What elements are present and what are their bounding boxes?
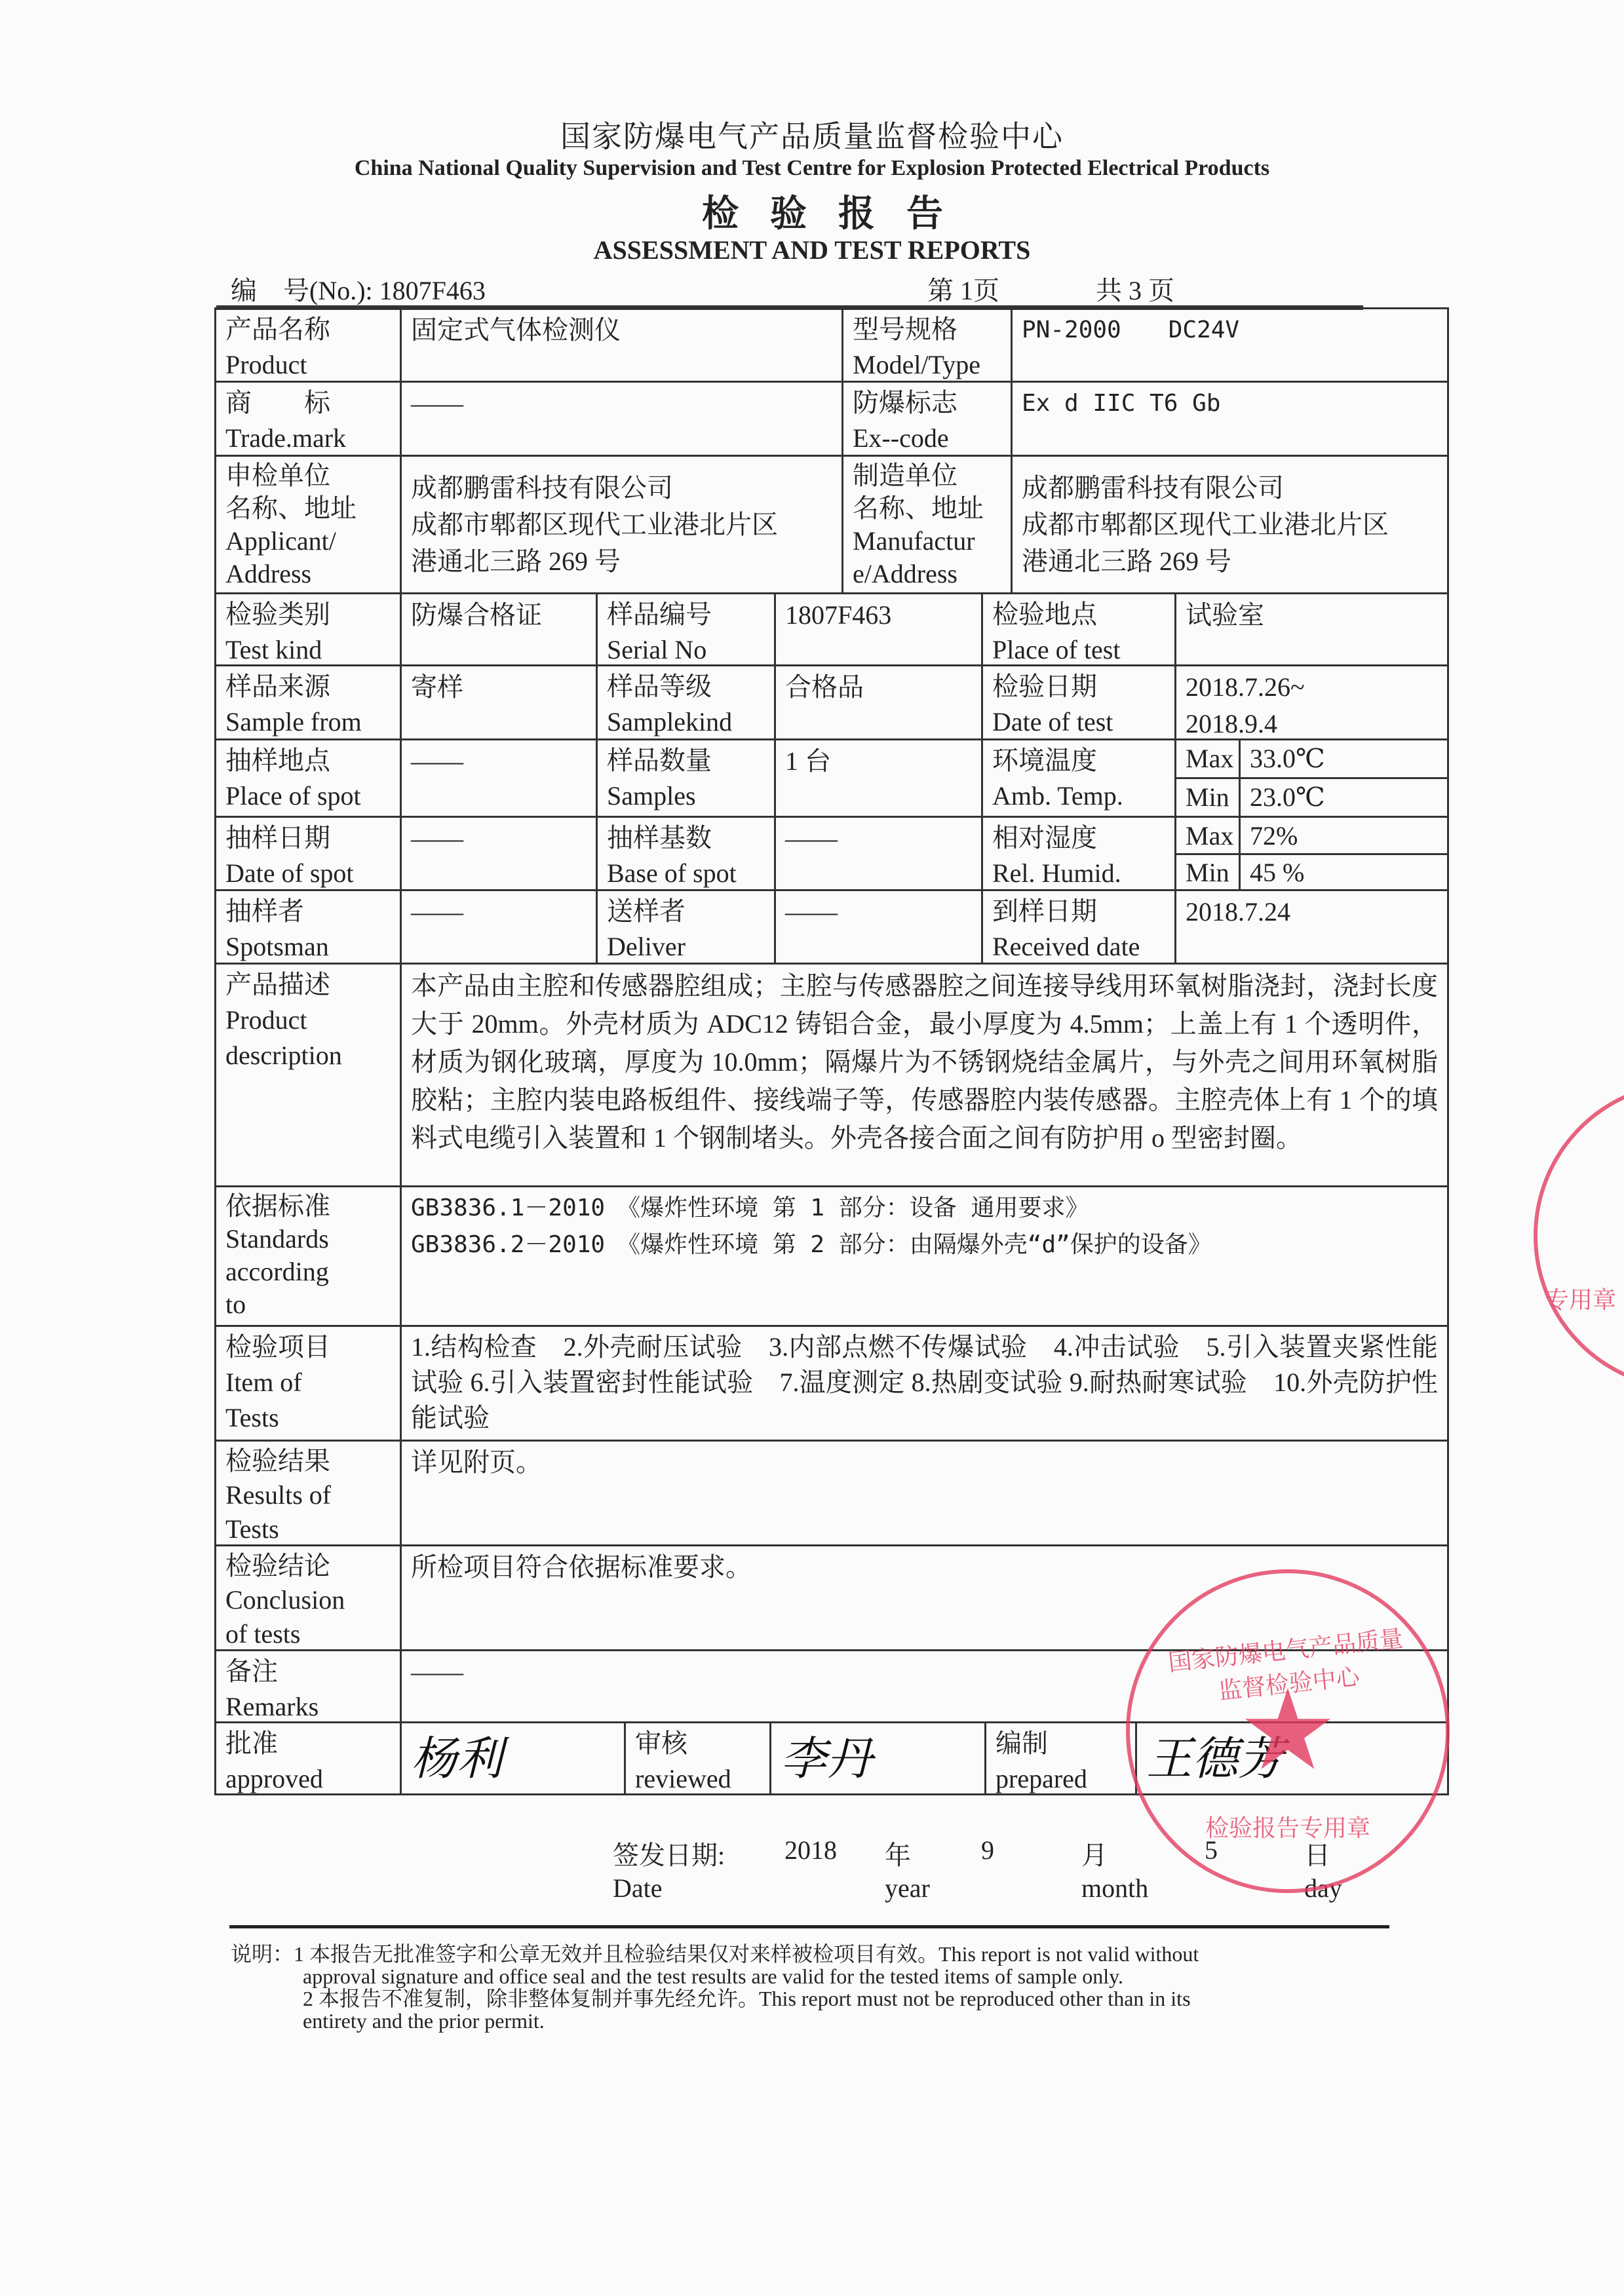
label-en: Amb. Temp. [992, 778, 1165, 814]
label-date-of-spot: 抽样日期 Date of spot [214, 816, 402, 891]
label-test-kind: 检验类别 Test kind [214, 592, 402, 666]
label-cn: 商 标 [225, 385, 391, 421]
issue-day-cn: 日 [1304, 1835, 1330, 1872]
label-spotsman: 抽样者 Spotsman [214, 889, 402, 965]
manufacturer-address: 成都市郫都区现代工业港北片区 [1022, 507, 1438, 543]
label-en: Item of [225, 1365, 391, 1400]
signature-reviewed: 李丹 [769, 1721, 986, 1795]
value-date-of-spot: —— [400, 816, 598, 891]
label-en: Standards [225, 1223, 391, 1255]
value-sample-kind: 合格品 [774, 664, 983, 740]
label-en: Samples [607, 778, 765, 814]
note-1-cont: approval signature and office seal and t… [231, 1965, 1437, 1987]
label-en: Results of [225, 1478, 391, 1512]
side-seal-text: 专用章 [1545, 1282, 1616, 1315]
label-en: Sample from [225, 704, 391, 740]
value-temp-min: 23.0℃ [1239, 777, 1449, 818]
label-cn: 名称、地址 [225, 492, 391, 525]
label-en: Base of spot [607, 856, 765, 891]
label-en: Ex--code [853, 421, 1001, 456]
label-cn: 环境温度 [992, 743, 1165, 778]
applicant-name: 成都鹏雷科技有限公司 [411, 470, 832, 507]
label-en: Date of test [992, 704, 1165, 740]
label-en: Manufactur [853, 525, 1001, 558]
report-number-label: 编 号(No.): [231, 276, 373, 305]
label-sample-from: 样品来源 Sample from [214, 664, 402, 740]
label-cn: 制造单位 [853, 459, 1001, 492]
signature-approved: 杨利 [400, 1721, 626, 1795]
seal-bottom-text: 检验报告专用章 [1130, 1810, 1446, 1843]
label-cn: 样品数量 [607, 743, 765, 778]
label-place-of-test: 检验地点 Place of test [981, 592, 1176, 666]
label-standards: 依据标准 Standards according to [214, 1185, 402, 1327]
label-cn: 名称、地址 [853, 492, 1001, 525]
label-cn: 检验日期 [992, 669, 1165, 704]
value-place-of-spot: —— [400, 738, 598, 818]
label-en: Applicant/ [225, 525, 391, 558]
label-en: Remarks [225, 1689, 391, 1723]
manufacturer-address: 港通北三路 269 号 [1022, 543, 1438, 580]
label-en: approved [225, 1761, 391, 1795]
label-conclusion: 检验结论 Conclusion of tests [214, 1544, 402, 1651]
issue-month: 9 [981, 1835, 994, 1865]
label-cn: 送样者 [607, 894, 765, 929]
label-cn: 申检单位 [225, 459, 391, 492]
label-cn: 编制 [996, 1726, 1126, 1761]
value-excode: Ex d IIC T6 Gb [1011, 381, 1449, 457]
issue-day-en: day [1304, 1873, 1342, 1904]
label-rel-humid: 相对湿度 Rel. Humid. [981, 816, 1176, 891]
value-trademark: —— [400, 381, 843, 457]
label-deliver: 送样者 Deliver [596, 889, 776, 965]
label-serial-no: 样品编号 Serial No [596, 592, 776, 666]
label-en: to [225, 1288, 391, 1321]
standard-item: GB3836.1－2010 《爆炸性环境 第 1 部分：设备 通用要求》 [411, 1190, 1438, 1227]
label-approved: 批准 approved [214, 1721, 402, 1795]
label-en: according [225, 1255, 391, 1288]
issue-date-label-en: Date [613, 1873, 663, 1904]
label-cn: 样品来源 [225, 669, 391, 704]
label-cn: 依据标准 [225, 1190, 391, 1223]
label-cn: 备注 [225, 1654, 391, 1689]
value-conclusion: 所检项目符合依据标准要求。 [400, 1544, 1449, 1651]
manufacturer-name: 成都鹏雷科技有限公司 [1022, 470, 1438, 507]
value-product: 固定式气体检测仪 [400, 307, 843, 383]
value-serial-no: 1807F463 [774, 592, 983, 666]
organization-name-cn: 国家防爆电气产品质量监督检验中心 [0, 113, 1624, 156]
standard-item: GB3836.2－2010 《爆炸性环境 第 2 部分：由隔爆外壳“d”保护的设… [411, 1227, 1438, 1263]
value-test-items: 1.结构检查 2.外壳耐压试验 3.内部点燃不传爆试验 4.冲击试验 5.引入装… [400, 1325, 1449, 1442]
label-humid-min: Min [1174, 853, 1241, 891]
label-trademark: 商 标 Trade.mark [214, 381, 402, 457]
value-place-of-test: 试验室 [1174, 592, 1449, 666]
issue-year: 2018 [784, 1835, 837, 1865]
label-temp-min: Min [1174, 777, 1241, 818]
value-humid-min: 45 % [1239, 853, 1449, 891]
label-reviewed: 审核 reviewed [624, 1721, 771, 1795]
value-deliver: —— [774, 889, 983, 965]
label-cn: 抽样日期 [225, 820, 391, 856]
report-number: 编 号(No.): 1807F463 [231, 270, 486, 307]
issue-date-label-cn: 签发日期: [613, 1835, 725, 1872]
report-number-value: 1807F463 [379, 276, 486, 305]
label-results: 检验结果 Results of Tests [214, 1440, 402, 1546]
label-date-of-test: 检验日期 Date of test [981, 664, 1176, 740]
value-spotsman: —— [400, 889, 598, 965]
label-en: Tests [225, 1512, 391, 1546]
label-excode: 防爆标志 Ex--code [841, 381, 1013, 457]
applicant-address: 成都市郫都区现代工业港北片区 [411, 507, 832, 543]
value-results: 详见附页。 [400, 1440, 1449, 1546]
label-en: Date of spot [225, 856, 391, 891]
label-en: Samplekind [607, 704, 765, 740]
label-en: Address [225, 558, 391, 590]
label-cn: 审核 [635, 1726, 760, 1761]
value-humid-max: 72% [1239, 816, 1449, 855]
label-remarks: 备注 Remarks [214, 1649, 402, 1723]
label-en: description [225, 1038, 391, 1073]
label-en: of tests [225, 1617, 391, 1651]
date-end: 2018.9.4 [1186, 706, 1438, 740]
label-en: prepared [996, 1761, 1126, 1795]
issue-day: 5 [1205, 1835, 1218, 1865]
issue-year-en: year [885, 1873, 930, 1904]
label-en: Spotsman [225, 929, 391, 965]
label-cn: 产品描述 [225, 967, 391, 1003]
note-1: 1 本报告无批准签字和公章无效并且检验结果仅对来样被检项目有效。This rep… [294, 1942, 1199, 1966]
label-en: Serial No [607, 632, 765, 666]
organization-name-en: China National Quality Supervision and T… [0, 156, 1624, 181]
issue-month-en: month [1081, 1873, 1148, 1904]
label-test-items: 检验项目 Item of Tests [214, 1325, 402, 1442]
label-en: Model/Type [853, 347, 1001, 383]
label-en: Rel. Humid. [992, 856, 1165, 891]
label-cn: 相对湿度 [992, 820, 1165, 856]
label-cn: 到样日期 [992, 894, 1165, 929]
label-received-date: 到样日期 Received date [981, 889, 1176, 965]
value-received-date: 2018.7.24 [1174, 889, 1449, 965]
label-temp-max: Max [1174, 738, 1241, 779]
value-remarks: —— [400, 1649, 1449, 1723]
label-en: Product [225, 1003, 391, 1038]
label-en: Test kind [225, 632, 391, 666]
value-date-of-test: 2018.7.26~ 2018.9.4 [1174, 664, 1449, 740]
page-total: 共 3 页 [1096, 270, 1174, 307]
label-en: Trade.mark [225, 421, 391, 456]
value-applicant: 成都鹏雷科技有限公司 成都市郫都区现代工业港北片区 港通北三路 269 号 [400, 455, 843, 594]
date-start: 2018.7.26~ [1186, 669, 1438, 706]
label-humid-max: Max [1174, 816, 1241, 855]
issue-year-cn: 年 [885, 1835, 911, 1872]
value-standards: GB3836.1－2010 《爆炸性环境 第 1 部分：设备 通用要求》 GB3… [400, 1185, 1449, 1327]
value-model: PN-2000 DC24V [1011, 307, 1449, 383]
footer-rule [229, 1925, 1389, 1928]
label-cn: 抽样地点 [225, 743, 391, 778]
label-cn: 检验结论 [225, 1549, 391, 1583]
label-cn: 抽样者 [225, 894, 391, 929]
label-cn: 样品编号 [607, 597, 765, 632]
label-en: Product [225, 347, 391, 383]
note-2-cont: entirety and the prior permit. [231, 2010, 1437, 2032]
label-cn: 型号规格 [853, 312, 1001, 347]
label-samples: 样品数量 Samples [596, 738, 776, 818]
page-number: 第 1页 [927, 270, 999, 307]
notes-prefix: 说明： [231, 1942, 294, 1966]
label-place-of-spot: 抽样地点 Place of spot [214, 738, 402, 818]
value-sample-from: 寄样 [400, 664, 598, 740]
label-en: e/Address [853, 558, 1001, 590]
label-en: Conclusion [225, 1583, 391, 1617]
label-en: Place of spot [225, 778, 391, 814]
label-en: Tests [225, 1400, 391, 1436]
label-description: 产品描述 Product description [214, 963, 402, 1187]
label-manufacturer: 制造单位 名称、地址 Manufactur e/Address [841, 455, 1013, 594]
value-description: 本产品由主腔和传感器腔组成；主腔与传感器腔之间连接导线用环氧树脂浇封，浇封长度大… [400, 963, 1449, 1187]
applicant-address: 港通北三路 269 号 [411, 543, 832, 580]
label-prepared: 编制 prepared [984, 1721, 1137, 1795]
label-sample-kind: 样品等级 Samplekind [596, 664, 776, 740]
label-cn: 防爆标志 [853, 385, 1001, 421]
label-cn: 检验结果 [225, 1444, 391, 1478]
issue-month-cn: 月 [1081, 1835, 1108, 1872]
label-cn: 检验项目 [225, 1330, 391, 1365]
label-en: Deliver [607, 929, 765, 965]
side-seal: 专用章 [1534, 1081, 1624, 1390]
report-title-cn: 检验报告 [0, 185, 1624, 237]
label-en: reviewed [635, 1761, 760, 1795]
label-cn: 样品等级 [607, 669, 765, 704]
label-model: 型号规格 Model/Type [841, 307, 1013, 383]
label-cn: 检验地点 [992, 597, 1165, 632]
label-base-of-spot: 抽样基数 Base of spot [596, 816, 776, 891]
label-cn: 批准 [225, 1726, 391, 1761]
report-title-en: ASSESSMENT AND TEST REPORTS [0, 235, 1624, 265]
value-test-kind: 防爆合格证 [400, 592, 598, 666]
footer-notes: 说明：1 本报告无批准签字和公章无效并且检验结果仅对来样被检项目有效。This … [231, 1943, 1437, 2032]
note-2: 2 本报告不准复制，除非整体复制并事先经允许。This report must … [231, 1987, 1437, 2010]
label-en: Place of test [992, 632, 1165, 666]
label-cn: 产品名称 [225, 312, 391, 347]
value-temp-max: 33.0℃ [1239, 738, 1449, 779]
value-base-of-spot: —— [774, 816, 983, 891]
signature-prepared: 王德芳 [1135, 1721, 1449, 1795]
label-cn: 抽样基数 [607, 820, 765, 856]
label-en: Received date [992, 929, 1165, 965]
label-amb-temp: 环境温度 Amb. Temp. [981, 738, 1176, 818]
label-product: 产品名称 Product [214, 307, 402, 383]
value-samples: 1 台 [774, 738, 983, 818]
value-manufacturer: 成都鹏雷科技有限公司 成都市郫都区现代工业港北片区 港通北三路 269 号 [1011, 455, 1449, 594]
label-cn: 检验类别 [225, 597, 391, 632]
label-applicant: 申检单位 名称、地址 Applicant/ Address [214, 455, 402, 594]
